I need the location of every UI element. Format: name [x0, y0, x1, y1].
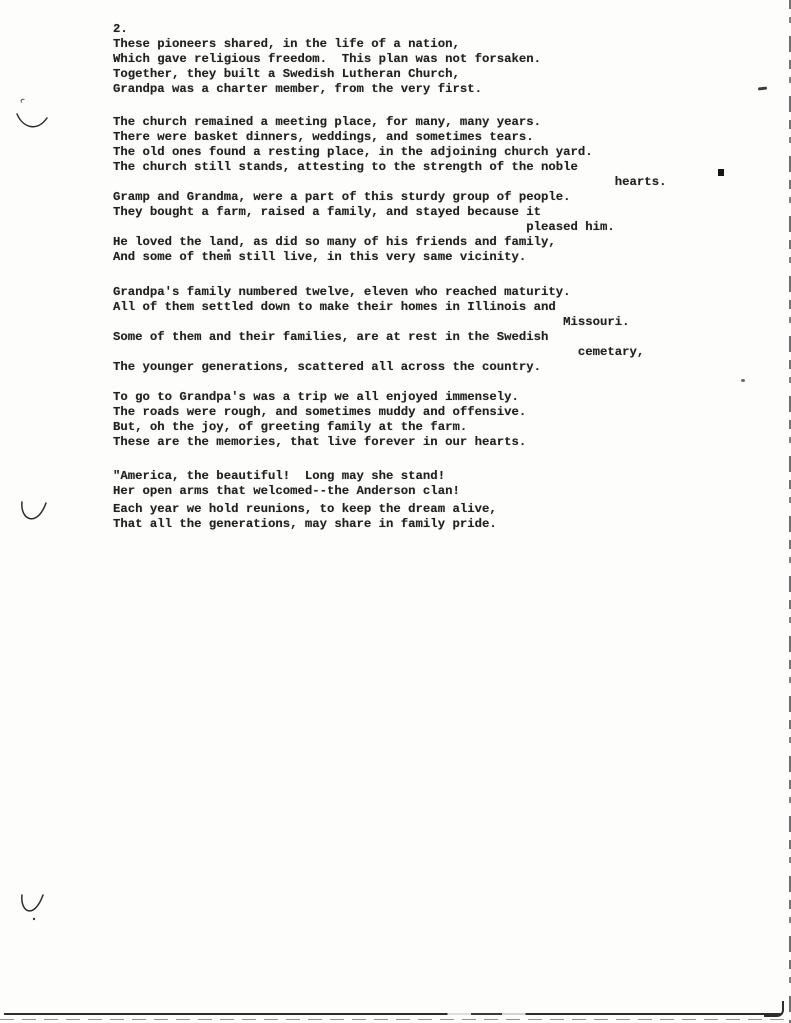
page-edge-faint-line-bottom	[0, 1019, 791, 1020]
page-number: 2.	[113, 22, 753, 37]
stanza-2: The church remained a meeting place, for…	[113, 115, 753, 265]
page-edge-line-bottom	[4, 1013, 782, 1015]
ink-speck	[718, 169, 724, 176]
tiny-curl-mark	[19, 98, 26, 106]
typewritten-text-block: 2. These pioneers shared, in the life of…	[113, 22, 753, 532]
binder-arc-mark	[20, 501, 49, 529]
scanned-document-page: 2. These pioneers shared, in the life of…	[0, 0, 791, 1023]
ink-speck	[741, 379, 745, 382]
page-corner-hook	[764, 1001, 784, 1017]
stanza-4: To go to Grandpa's was a trip we all enj…	[113, 390, 753, 450]
stanza-3: Grandpa's family numbered twelve, eleven…	[113, 285, 753, 375]
binder-arc-mark	[20, 894, 47, 923]
stanza-1: These pioneers shared, in the life of a …	[113, 37, 753, 97]
stanza-6: Each year we hold reunions, to keep the …	[113, 502, 753, 532]
binder-arc-mark	[16, 110, 49, 135]
ink-speck	[758, 87, 767, 91]
stanza-5: "America, the beautiful! Long may she st…	[113, 469, 753, 499]
ink-speck	[227, 249, 230, 252]
